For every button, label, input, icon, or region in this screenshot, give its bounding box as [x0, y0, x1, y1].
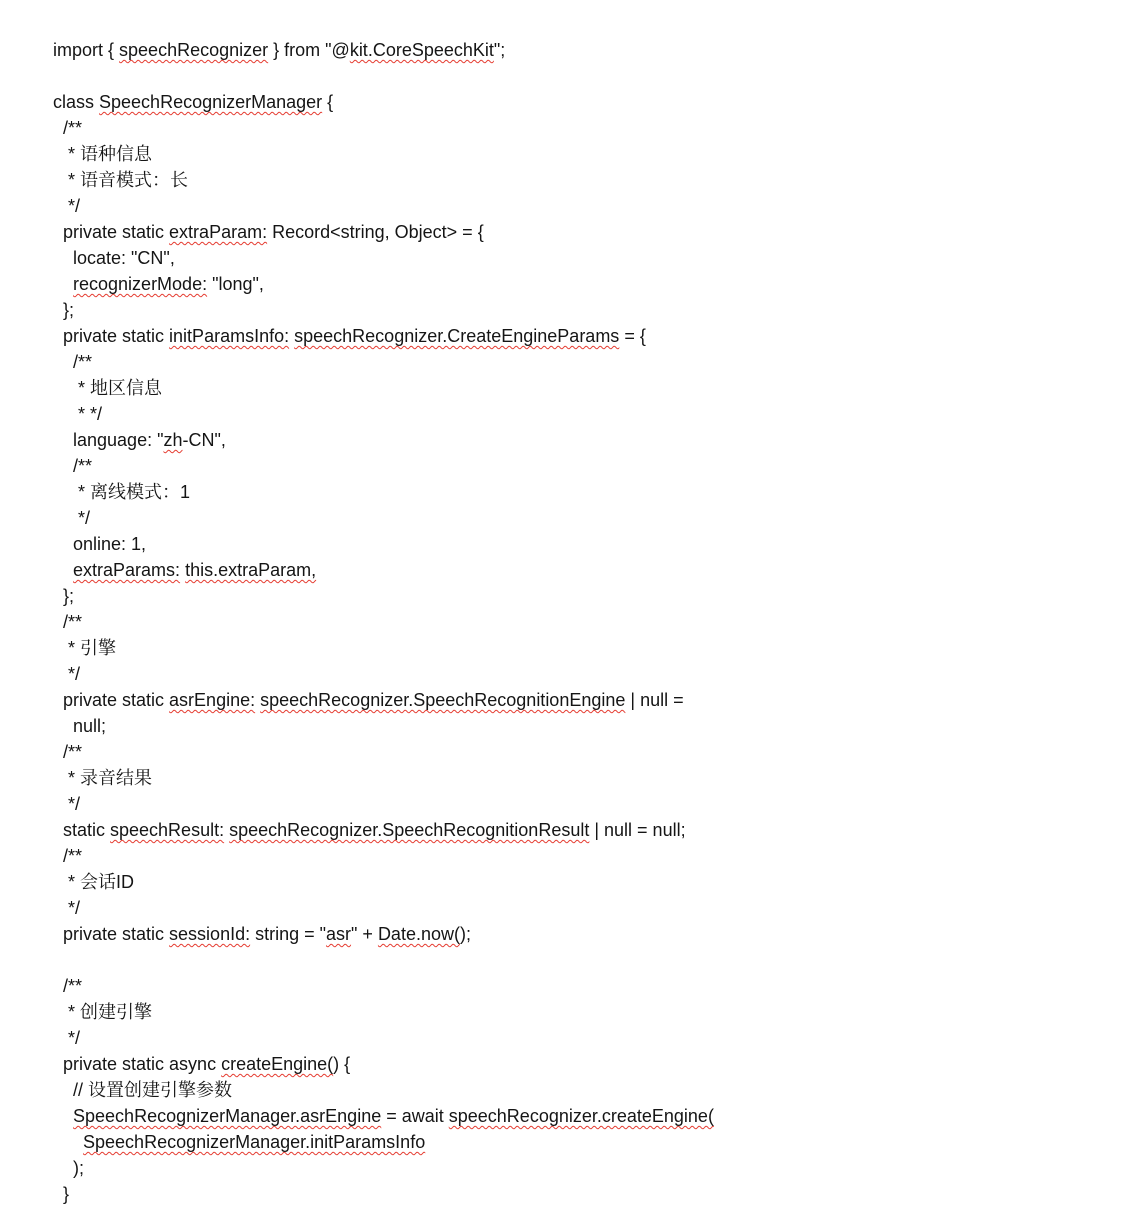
code-line: */ — [53, 1025, 1106, 1051]
code-line: class SpeechRecognizerManager { — [53, 89, 1106, 115]
code-text: * */ — [53, 404, 102, 424]
code-line: /** — [53, 973, 1106, 999]
code-line: SpeechRecognizerManager.initParamsInfo — [53, 1129, 1106, 1155]
code-text: /** — [53, 352, 92, 372]
code-text — [53, 274, 73, 294]
code-text: * 地区信息 — [53, 378, 162, 398]
code-line: /** — [53, 843, 1106, 869]
code-text: * 引擎 — [53, 638, 116, 658]
misspelled-token: SpeechRecognizerManager.initParamsInfo — [83, 1132, 425, 1152]
code-text: | null = — [625, 690, 683, 710]
code-text: "; — [494, 40, 505, 60]
code-text: * 录音结果 — [53, 768, 152, 788]
code-text: /** — [53, 456, 92, 476]
code-line: * 离线模式：1 — [53, 479, 1106, 505]
code-text: /** — [53, 118, 82, 138]
code-line: SpeechRecognizerManager.asrEngine = awai… — [53, 1103, 1106, 1129]
code-text: | null = null; — [589, 820, 685, 840]
misspelled-token: sessionId: — [169, 924, 250, 944]
code-text: ); — [460, 924, 471, 944]
code-line: private static asrEngine: speechRecogniz… — [53, 687, 1106, 713]
code-line: ); — [53, 1155, 1106, 1181]
misspelled-token: speechRecognizer.CreateEngineParams — [294, 326, 619, 346]
code-line: private static async createEngine() { — [53, 1051, 1106, 1077]
code-line: * 会话ID — [53, 869, 1106, 895]
code-text: -CN", — [183, 430, 226, 450]
code-line — [53, 63, 1106, 89]
code-text: string = " — [250, 924, 326, 944]
code-text: /** — [53, 976, 82, 996]
misspelled-token: Date.now( — [378, 924, 460, 944]
code-line: extraParams: this.extraParam, — [53, 557, 1106, 583]
code-text: /** — [53, 846, 82, 866]
code-line: * 录音结果 — [53, 765, 1106, 791]
code-line: * */ — [53, 401, 1106, 427]
code-text: */ — [53, 794, 80, 814]
code-text: }; — [53, 586, 74, 606]
code-text: * 语种信息 — [53, 144, 152, 164]
misspelled-token: initParamsInfo: — [169, 326, 289, 346]
code-text: * 离线模式：1 — [53, 482, 190, 502]
code-text: */ — [53, 508, 90, 528]
code-text: */ — [53, 664, 80, 684]
code-text: " + — [351, 924, 378, 944]
code-text: } from "@ — [268, 40, 350, 60]
page: { "colors": { "background": "#ffffff", "… — [0, 0, 1122, 1224]
code-line: private static sessionId: string = "asr"… — [53, 921, 1106, 947]
misspelled-token: extraParams: — [73, 560, 180, 580]
code-line: */ — [53, 791, 1106, 817]
misspelled-token: createEngine( — [221, 1054, 333, 1074]
code-text — [53, 1132, 83, 1152]
code-text: * 语音模式：长 — [53, 170, 188, 190]
misspelled-token: speechRecognizer — [119, 40, 268, 60]
code-text: * 会话ID — [53, 872, 134, 892]
code-line: // 设置创建引擎参数 — [53, 1077, 1106, 1103]
code-line: }; — [53, 583, 1106, 609]
code-text: private static async — [53, 1054, 221, 1074]
misspelled-token: SpeechRecognizerManager.asrEngine — [73, 1106, 381, 1126]
code-block: import { speechRecognizer } from "@kit.C… — [53, 37, 1106, 1207]
code-line: recognizerMode: "long", — [53, 271, 1106, 297]
code-text: "long", — [207, 274, 264, 294]
code-line: /** — [53, 739, 1106, 765]
code-line: }; — [53, 297, 1106, 323]
code-line: */ — [53, 895, 1106, 921]
code-text: ); — [53, 1158, 84, 1178]
code-line: * 语音模式：长 — [53, 167, 1106, 193]
code-text: private static — [53, 326, 169, 346]
code-text: language: " — [53, 430, 163, 450]
misspelled-token: speechRecognizer.SpeechRecognitionEngine — [260, 690, 625, 710]
misspelled-token: zh — [163, 430, 182, 450]
code-text: // 设置创建引擎参数 — [53, 1080, 232, 1100]
code-text: = await — [381, 1106, 449, 1126]
code-line: */ — [53, 661, 1106, 687]
code-line: /** — [53, 115, 1106, 141]
code-text: */ — [53, 898, 80, 918]
misspelled-token: recognizerMode: — [73, 274, 207, 294]
misspelled-token: asr — [326, 924, 351, 944]
misspelled-token: speechRecognizer.SpeechRecognitionResult — [229, 820, 589, 840]
code-text: }; — [53, 300, 74, 320]
code-text: online: 1, — [53, 534, 146, 554]
code-text: /** — [53, 612, 82, 632]
code-line: /** — [53, 349, 1106, 375]
code-text: */ — [53, 1028, 80, 1048]
code-line: * 创建引擎 — [53, 999, 1106, 1025]
misspelled-token: speechRecognizer.createEngine( — [449, 1106, 714, 1126]
code-text: import { — [53, 40, 119, 60]
code-line: online: 1, — [53, 531, 1106, 557]
misspelled-token: extraParam: — [169, 222, 267, 242]
misspelled-token: asrEngine: — [169, 690, 255, 710]
misspelled-token: kit.CoreSpeechKit — [350, 40, 494, 60]
code-line: private static extraParam: Record<string… — [53, 219, 1106, 245]
code-text: /** — [53, 742, 82, 762]
code-text: { — [322, 92, 333, 112]
code-text — [53, 1106, 73, 1126]
code-text: ) { — [333, 1054, 350, 1074]
code-text: Record<string, Object> = { — [267, 222, 484, 242]
code-line — [53, 947, 1106, 973]
code-line: null; — [53, 713, 1106, 739]
misspelled-token: speechResult: — [110, 820, 224, 840]
code-line: static speechResult: speechRecognizer.Sp… — [53, 817, 1106, 843]
code-line: language: "zh-CN", — [53, 427, 1106, 453]
code-document: import { speechRecognizer } from "@kit.C… — [0, 0, 1122, 1223]
code-text — [53, 560, 73, 580]
code-line: * 语种信息 — [53, 141, 1106, 167]
code-text: static — [53, 820, 110, 840]
code-line: /** — [53, 609, 1106, 635]
code-line: * 地区信息 — [53, 375, 1106, 401]
code-line: locate: "CN", — [53, 245, 1106, 271]
code-text: */ — [53, 196, 80, 216]
code-text: null; — [53, 716, 106, 736]
code-line: } — [53, 1181, 1106, 1207]
code-line: import { speechRecognizer } from "@kit.C… — [53, 37, 1106, 63]
code-line: /** — [53, 453, 1106, 479]
code-text: class — [53, 92, 99, 112]
code-text: = { — [619, 326, 646, 346]
misspelled-token: this.extraParam, — [185, 560, 316, 580]
code-text: } — [53, 1184, 69, 1204]
code-text: private static — [53, 690, 169, 710]
code-text: private static — [53, 924, 169, 944]
code-line: */ — [53, 193, 1106, 219]
code-text: private static — [53, 222, 169, 242]
code-line: private static initParamsInfo: speechRec… — [53, 323, 1106, 349]
code-line: * 引擎 — [53, 635, 1106, 661]
code-text: * 创建引擎 — [53, 1002, 152, 1022]
code-text: locate: "CN", — [53, 248, 175, 268]
code-line: */ — [53, 505, 1106, 531]
misspelled-token: SpeechRecognizerManager — [99, 92, 322, 112]
